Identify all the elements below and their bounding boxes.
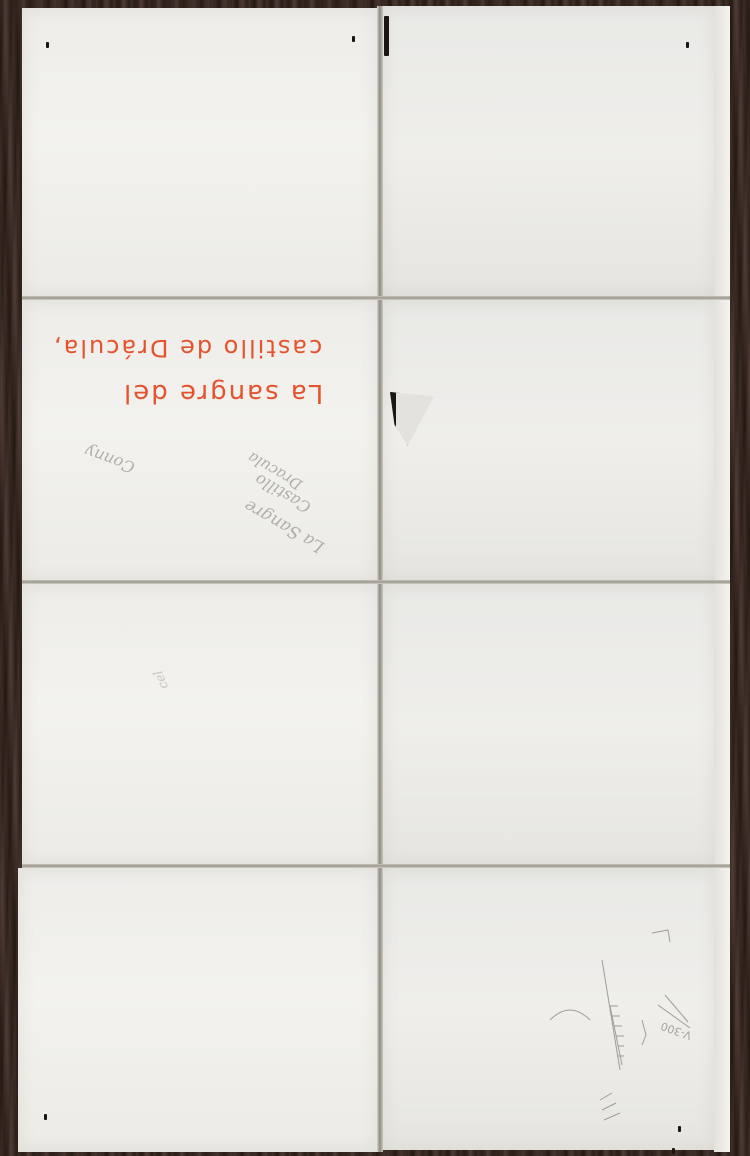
panel-row3-left (22, 584, 378, 866)
horizontal-fold-3 (22, 864, 730, 868)
pin-hole (686, 42, 689, 48)
vertical-fold (377, 6, 383, 1152)
pin-hole (352, 36, 355, 42)
panel-bottom-left (18, 868, 378, 1152)
panel-top-right (382, 6, 716, 296)
tape-mark (384, 16, 389, 56)
pin-hole (46, 42, 49, 48)
panel-top-left (22, 8, 378, 298)
panel-row2-right (382, 300, 716, 582)
pencil-corner-number: V-300 (659, 1019, 693, 1042)
horizontal-fold-2 (22, 580, 730, 584)
orange-handwriting-line1: La sangre del (122, 378, 323, 408)
pencil-sketch-marks: V-300 (540, 900, 740, 1150)
pin-hole (44, 1114, 47, 1120)
orange-handwriting-line2: castillo de Drácula, (52, 334, 322, 362)
horizontal-fold-1 (22, 296, 730, 300)
panel-row3-right (382, 584, 716, 866)
